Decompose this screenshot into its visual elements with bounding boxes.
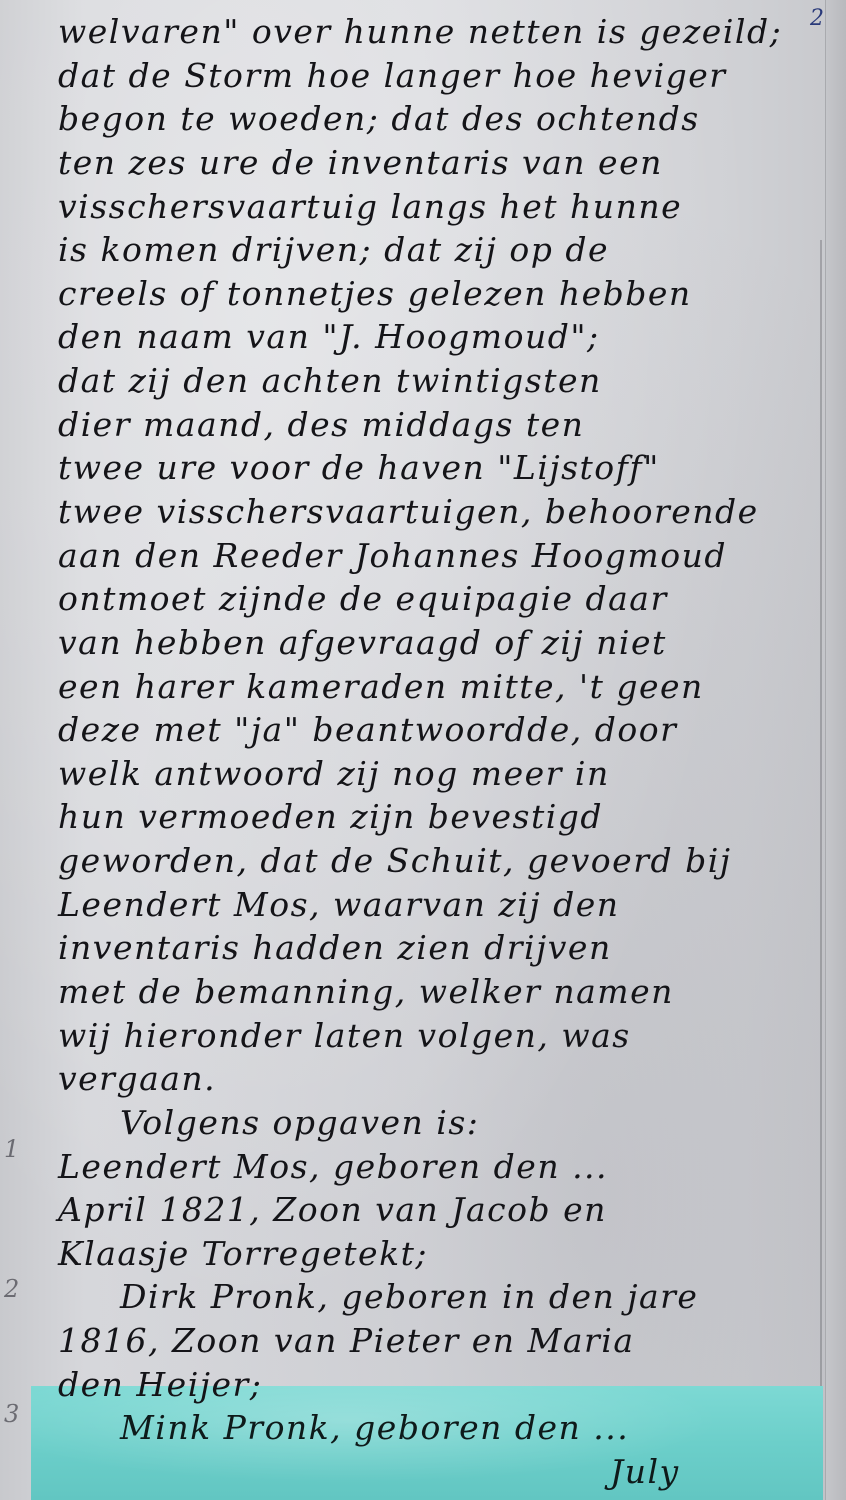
- manuscript-line: April 1821, Zoon van Jacob en: [58, 1190, 607, 1229]
- manuscript-line: vergaan.: [58, 1059, 216, 1098]
- page-fold-line: [820, 240, 822, 1400]
- manuscript-line: Volgens opgaven is:: [120, 1103, 479, 1142]
- manuscript-line: ten zes ure de inventaris van een: [58, 143, 663, 182]
- manuscript-line: geworden, dat de Schuit, gevoerd bij: [58, 841, 732, 880]
- manuscript-line: twee visschersvaartuigen, behoorende: [58, 492, 759, 531]
- manuscript-line: welvaren" over hunne netten is gezeild;: [58, 12, 782, 51]
- manuscript-line: July: [610, 1452, 680, 1491]
- manuscript-line: van hebben afgevraagd of zij niet: [58, 623, 667, 662]
- manuscript-line: Leendert Mos, waarvan zij den: [58, 885, 619, 924]
- manuscript-line: den Heijer;: [58, 1365, 262, 1404]
- manuscript-line: met de bemanning, welker namen: [58, 972, 674, 1011]
- manuscript-line: is komen drijven; dat zij op de: [58, 230, 609, 269]
- manuscript-line: Klaasje Torregetekt;: [58, 1234, 428, 1273]
- manuscript-line: ontmoet zijnde de equipagie daar: [58, 579, 668, 618]
- manuscript-line: dat zij den achten twintigsten: [58, 361, 602, 400]
- manuscript-line: Leendert Mos, geboren den ...: [58, 1147, 608, 1186]
- manuscript-line: visschersvaartuig langs het hunne: [58, 187, 682, 226]
- manuscript-line: hun vermoeden zijn bevestigd: [58, 797, 603, 836]
- manuscript-line: dier maand, des middags ten: [58, 405, 584, 444]
- manuscript-line: Mink Pronk, geboren den ...: [120, 1408, 629, 1447]
- page-right-edge: [825, 0, 846, 1500]
- manuscript-line: aan den Reeder Johannes Hoogmoud: [58, 536, 727, 575]
- manuscript-line: deze met "ja" beantwoordde, door: [58, 710, 677, 749]
- manuscript-line: Dirk Pronk, geboren in den jare: [120, 1277, 698, 1316]
- manuscript-line: 1816, Zoon van Pieter en Maria: [58, 1321, 635, 1360]
- manuscript-line: den naam van "J. Hoogmoud";: [58, 317, 600, 356]
- page-number: 2: [810, 6, 824, 31]
- margin-number: 3: [4, 1400, 19, 1428]
- manuscript-line: wij hieronder laten volgen, was: [58, 1016, 631, 1055]
- manuscript-line: een harer kameraden mitte, 't geen: [58, 667, 704, 706]
- manuscript-line: twee ure voor de haven "Lijstoff": [58, 448, 660, 487]
- manuscript-line: inventaris hadden zien drijven: [58, 928, 612, 967]
- manuscript-line: begon te woeden; dat des ochtends: [58, 99, 700, 138]
- manuscript-page: 2 1 2 3 welvaren" over hunne netten is g…: [0, 0, 846, 1500]
- margin-number: 1: [4, 1135, 19, 1163]
- manuscript-line: dat de Storm hoe langer hoe heviger: [58, 56, 727, 95]
- manuscript-line: creels of tonnetjes gelezen hebben: [58, 274, 692, 313]
- margin-number: 2: [4, 1275, 19, 1303]
- manuscript-line: welk antwoord zij nog meer in: [58, 754, 610, 793]
